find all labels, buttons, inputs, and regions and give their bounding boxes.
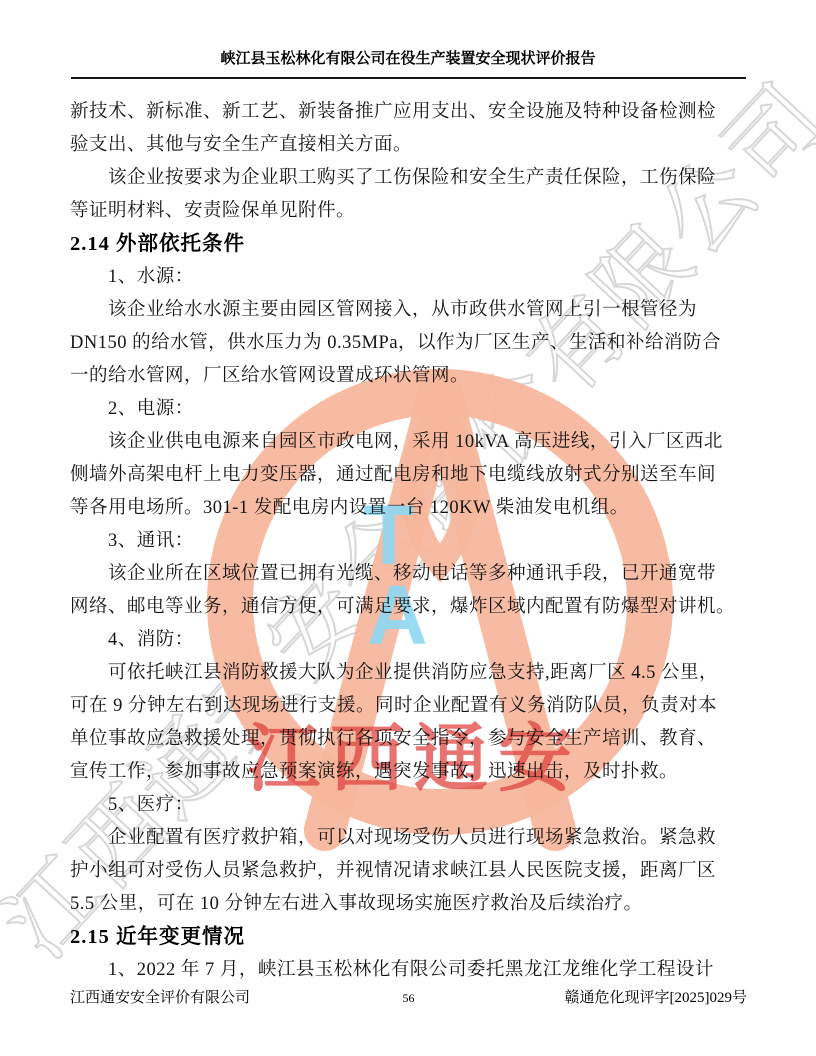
text-line: 1、2022 年 7 月，峡江县玉松林化有限公司委托黑龙江龙维化学工程设计 [70,954,760,987]
text-line: 3、通讯： [70,525,760,558]
text-line: 护小组可对受伤人员紧急救护，并视情况请求峡江县人民医院支援，距离厂区 [70,855,760,888]
body-text: 新技术、新标准、新工艺、新装备推广应用支出、安全设施及特种设备检测检验支出、其他… [70,96,760,987]
text-line: 可依托峡江县消防救援大队为企业提供消防应急支持,距离厂区 4.5 公里， [70,657,760,690]
text-line: 2、电源： [70,393,760,426]
section-heading: 2.15 近年变更情况 [70,921,760,954]
text-line: 1、水源： [70,261,760,294]
text-line: 验支出、其他与安全生产直接相关方面。 [70,129,760,162]
text-line: 可在 9 分钟左右到达现场进行支援。同时企业配置有义务消防队员，负责对本 [70,690,760,723]
page-header-title: 峡江县玉松林化有限公司在役生产装置安全现状评价报告 [0,47,816,68]
text-line: 5.5 公里，可在 10 分钟左右进入事故现场实施医疗救治及后续治疗。 [70,888,760,921]
footer-company-name: 江西通安安全评价有限公司 [70,986,296,1007]
text-line: 该企业所在区域位置已拥有光缆、移动电话等多种通讯手段，已开通宽带 [70,558,760,591]
header-divider [71,77,746,79]
page-footer: 江西通安安全评价有限公司 56 赣通危化现评字[2025]029号 [70,986,747,1007]
footer-page-number: 56 [296,991,522,1006]
text-line: DN150 的给水管，供水压力为 0.35MPa，以作为厂区生产、生活和补给消防… [70,327,760,360]
text-line: 宣传工作，参加事故应急预案演练，遇突发事故，迅速出击，及时扑救。 [70,756,760,789]
footer-document-number: 赣通危化现评字[2025]029号 [521,986,747,1007]
report-page: 江西通安安全评价有限公司 T A 江西通安 峡江县玉松林化有限公司在役生产装置安… [0,0,816,1056]
text-line: 侧墙外高架电杆上电力变压器，通过配电房和地下电缆线放射式分别送至车间 [70,459,760,492]
text-line: 企业配置有医疗救护箱，可以对现场受伤人员进行现场紧急救治。紧急救 [70,822,760,855]
text-line: 该企业给水水源主要由园区管网接入，从市政供水管网上引一根管径为 [70,294,760,327]
section-heading: 2.14 外部依托条件 [70,228,760,261]
text-line: 该企业按要求为企业职工购买了工伤保险和安全生产责任保险，工伤保险 [70,162,760,195]
text-line: 等各用电场所。301-1 发配电房内设置一台 120KW 柴油发电机组。 [70,492,760,525]
document-content: 峡江县玉松林化有限公司在役生产装置安全现状评价报告 新技术、新标准、新工艺、新装… [0,0,816,1056]
text-line: 单位事故应急救援处理，贯彻执行各项安全指令，参与安全生产培训、教育、 [70,723,760,756]
text-line: 等证明材料、安责险保单见附件。 [70,195,760,228]
text-line: 一的给水管网，厂区给水管网设置成环状管网。 [70,360,760,393]
text-line: 新技术、新标准、新工艺、新装备推广应用支出、安全设施及特种设备检测检 [70,96,760,129]
text-line: 该企业供电电源来自园区市政电网，采用 10kVA 高压进线，引入厂区西北 [70,426,760,459]
text-line: 网络、邮电等业务，通信方便，可满足要求，爆炸区域内配置有防爆型对讲机。 [70,591,760,624]
text-line: 5、医疗： [70,789,760,822]
text-line: 4、消防： [70,624,760,657]
